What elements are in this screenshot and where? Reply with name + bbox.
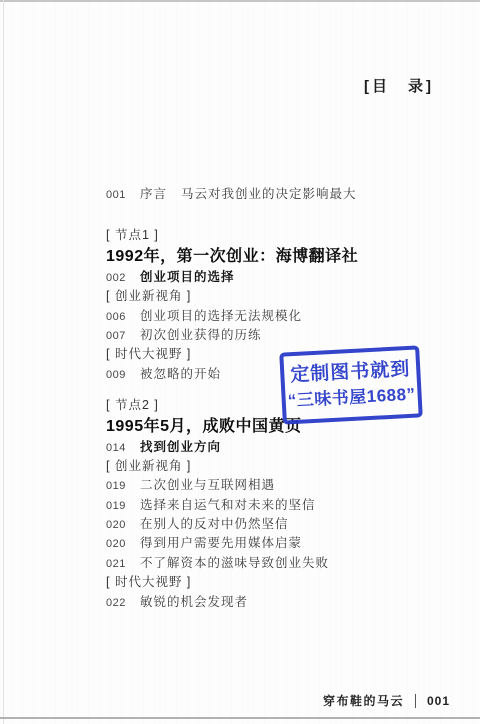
- node-label-1: [ 节点1 ]: [106, 226, 406, 245]
- entry-page-number: 019: [106, 497, 140, 516]
- toc-entry: 022 敏锐的机会发现者: [106, 593, 406, 612]
- entry-page-number: 007: [106, 327, 140, 346]
- entry-title: 初次创业获得的历练: [140, 326, 262, 345]
- entry-title: 被忽略的开始: [140, 365, 221, 384]
- chapter-title-1: 1992年，第一次创业：海博翻译社: [106, 246, 406, 268]
- scanned-toc-page: [目 录] 001 序言 马云对我创业的决定影响最大 [ 节点1 ] 1992年…: [0, 0, 480, 724]
- entry-page-number: 014: [106, 439, 140, 458]
- preface-entry: 001 序言 马云对我创业的决定影响最大: [106, 185, 406, 204]
- entry-page-number: 002: [106, 269, 140, 288]
- bookstore-stamp: 定制图书就到 “三味书屋1688”: [279, 345, 423, 424]
- footer-divider-line: [415, 694, 416, 708]
- toc-entry: 006 创业项目的选择无法规模化: [106, 307, 406, 326]
- entry-page-number: 020: [106, 535, 140, 554]
- toc-entry: 002 创业项目的选择: [106, 268, 406, 287]
- entry-title: 得到用户需要先用媒体启蒙: [140, 534, 302, 553]
- entry-page-number: 019: [106, 477, 140, 496]
- page-left-edge-line: [3, 0, 4, 724]
- entry-page-number: 022: [106, 594, 140, 613]
- toc-subsection-label: [ 创业新视角 ]: [106, 457, 406, 476]
- toc-entry: 019 选择来自运气和对未来的坚信: [106, 496, 406, 515]
- entry-title: 二次创业与互联网相遇: [140, 476, 275, 495]
- page-top-rule: [0, 0, 480, 2]
- entry-title: 选择来自运气和对未来的坚信: [140, 496, 316, 515]
- toc-subsection-label: [ 时代大视野 ]: [106, 573, 406, 592]
- toc-entry: 020 在别人的反对中仍然坚信: [106, 515, 406, 534]
- toc-subsection-label: [ 创业新视角 ]: [106, 287, 406, 306]
- toc-entry: 020 得到用户需要先用媒体启蒙: [106, 534, 406, 553]
- entry-title: 在别人的反对中仍然坚信: [140, 515, 289, 534]
- entry-title: 找到创业方向: [140, 438, 221, 457]
- entry-title: 不了解资本的滋味导致创业失败: [140, 554, 329, 573]
- page-bottom-rule: [0, 717, 480, 719]
- preface-title: 马云对我创业的决定影响最大: [181, 185, 357, 204]
- footer-page-number: 001: [427, 694, 450, 708]
- footer-book-title: 穿布鞋的马云: [323, 692, 404, 709]
- toc-section-2: [ 节点2 ] 1995年5月，成败中国黄页 014 找到创业方向 [ 创业新视…: [106, 396, 406, 612]
- toc-entry: 014 找到创业方向: [106, 438, 406, 457]
- toc-entry: 021 不了解资本的滋味导致创业失败: [106, 554, 406, 573]
- preface-page-number: 001: [106, 186, 140, 205]
- preface-label: 序言: [140, 185, 167, 204]
- page-footer: 穿布鞋的马云 001: [323, 692, 450, 709]
- entry-title: 创业项目的选择: [140, 268, 235, 287]
- toc-entry: 019 二次创业与互联网相遇: [106, 476, 406, 495]
- entry-title: 敏锐的机会发现者: [140, 593, 248, 612]
- entry-page-number: 021: [106, 555, 140, 574]
- toc-header: [目 录]: [364, 75, 434, 96]
- toc-entry: 007 初次创业获得的历练: [106, 326, 406, 345]
- entry-page-number: 020: [106, 516, 140, 535]
- entry-page-number: 009: [106, 366, 140, 385]
- entry-title: 创业项目的选择无法规模化: [140, 307, 302, 326]
- entry-page-number: 006: [106, 308, 140, 327]
